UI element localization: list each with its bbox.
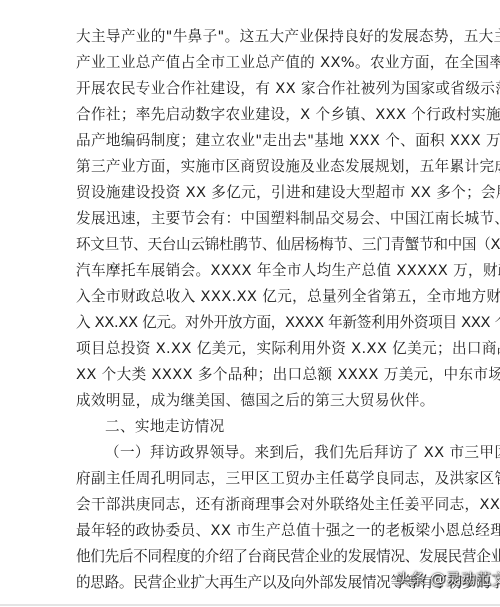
paragraph-line: 第三产业方面，实施市区商贸设施及业态发展规划，五年累计完成商 [76, 154, 426, 180]
section-heading: 二、实地走访情况 [76, 414, 426, 440]
paragraph-line: 大主导产业的"牛鼻子"。这五大产业保持良好的发展态势，五大主导 [76, 24, 426, 50]
paragraph-line: 合作社；率先启动数字农业建设，X 个乡镇、XXX 个行政村实施农产 [76, 102, 426, 128]
paragraph-line: 汽车摩托车展销会。XXXX 年全市人均生产总值 XXXXX 万，财政收 [76, 258, 426, 284]
section-paragraph-line: （一）拜访政界领导。来到后，我们先后拜访了 XX 市三甲区政 [76, 440, 426, 466]
paragraph-line: 入 XX.XX 亿元。对外开放方面，XXXX 年新签利用外资项目 XXX 个， [76, 310, 426, 336]
section-paragraph-line: 他们先后不同程度的介绍了台商民营企业的发展情况、发展民营企业 [76, 544, 426, 570]
section-paragraph-line: 府副主任周孔明同志，三甲区工贸办主任葛学良同志，及洪家区管委 [76, 466, 426, 492]
paragraph-line: 项目总投资 X.XX 亿美元，实际利用外资 X.XX 亿美元；出口商品达 [76, 336, 426, 362]
paragraph-line: 开展农民专业合作社建设，有 XX 家合作社被列为国家或省级示范性 [76, 76, 426, 102]
paragraph-line: 产业工业总产值占全市工业总产值的 XX%。农业方面，在全国率先 [76, 50, 426, 76]
section-paragraph-line: 的思路。民营企业扩大再生产以及向外部发展情况等等有了初步的了 [76, 570, 426, 596]
paragraph-line: 品产地编码制度；建立农业"走出去"基地 XXX 个、面积 XXX 万亩。 [76, 128, 426, 154]
paragraph-line: 发展迅速，主要节会有：中国塑料制品交易会、中国江南长城节、玉 [76, 206, 426, 232]
paragraph-line: 环文旦节、天台山云锦杜鹃节、仙居杨梅节、三门青蟹节和中国（XX） [76, 232, 426, 258]
paragraph-line: XX 个大类 XXXX 多个品种；出口总额 XXXX 万美元，中东市场开发 [76, 362, 426, 388]
document-page: 大主导产业的"牛鼻子"。这五大产业保持良好的发展态势，五大主导 产业工业总产值占… [0, 0, 500, 606]
paragraph-line: 入全市财政总收入 XXX.XX 亿元，总量列全省第五，全市地方财政收 [76, 284, 426, 310]
section-paragraph-line: 会干部洪庚同志，还有浙商理事会对外联络处主任姜平同志，XX 市 [76, 492, 426, 518]
paragraph-line: 贸设施建设投资 XX 多亿元，引进和建设大型超市 XX 多个；会展业 [76, 180, 426, 206]
section-paragraph-line: 最年轻的政协委员、XX 市生产总值十强之一的老板梁小恩总经理。 [76, 518, 426, 544]
document-body: 大主导产业的"牛鼻子"。这五大产业保持良好的发展态势，五大主导 产业工业总产值占… [76, 24, 426, 596]
watermark: 头条 @灵动范文 [395, 568, 500, 589]
paragraph-line: 成效明显，成为继美国、德国之后的第三大贸易伙伴。 [76, 388, 426, 414]
